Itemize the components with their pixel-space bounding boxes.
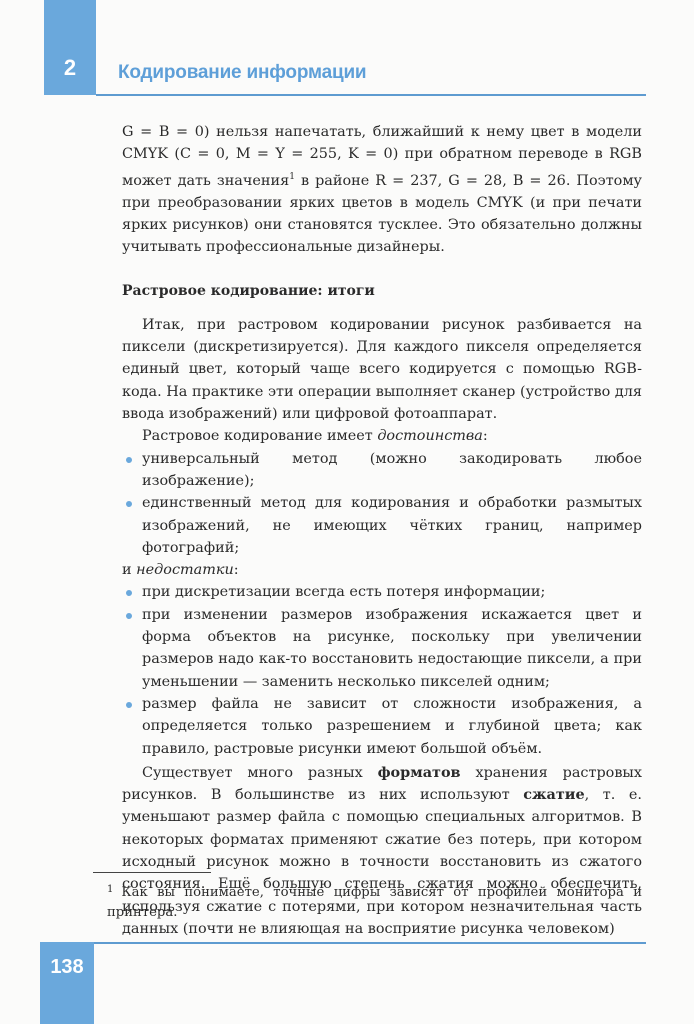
list-item: при изменении размеров изображения искаж… <box>122 604 642 693</box>
list-item: при дискретизации всегда есть потеря инф… <box>122 581 642 603</box>
list-item-text: при изменении размеров изображения искаж… <box>142 607 642 690</box>
term-compression: сжатие <box>523 786 584 803</box>
footnote: 1Как вы понимаете, точные цифры зависят … <box>107 883 642 922</box>
bullet-icon <box>126 501 132 507</box>
list-item-text: единственный метод для кодирования и обр… <box>142 495 642 556</box>
disadvantages-list: при дискретизации всегда есть потеря инф… <box>122 581 642 759</box>
list-item: единственный метод для кодирования и обр… <box>122 492 642 559</box>
list-item: универсальный метод (можно закодировать … <box>122 448 642 493</box>
footnote-marker: 1 <box>107 884 113 895</box>
summary-paragraph: Итак, при растровом кодировании рисунок … <box>122 314 642 425</box>
formats-text: Существует много разных <box>142 765 378 781</box>
footnote-text: Как вы понимаете, точные цифры зависят о… <box>107 885 642 920</box>
advantages-word: достоинства <box>377 428 483 444</box>
disadvantages-word: недостатки <box>136 562 234 578</box>
intro-paragraph: G = B = 0) нельзя напечатать, ближайший … <box>122 121 642 259</box>
bullet-icon <box>126 613 132 619</box>
page-content: G = B = 0) нельзя напечатать, ближайший … <box>122 121 642 940</box>
page-number: 138 <box>40 956 94 979</box>
list-item-text: при дискретизации всегда есть потеря инф… <box>142 584 545 600</box>
section-heading: Растровое кодирование: итоги <box>122 280 642 302</box>
bullet-icon <box>126 590 132 596</box>
term-formats: форматов <box>378 764 461 781</box>
colon: : <box>234 562 239 578</box>
list-item-text: размер файла не зависит от сложности изо… <box>142 696 642 757</box>
colon: : <box>483 428 488 444</box>
advantages-list: универсальный метод (можно закодировать … <box>122 448 642 559</box>
page-number-tab: 138 <box>40 942 94 1024</box>
advantages-intro-text: Растровое кодирование имеет <box>142 428 377 444</box>
chapter-tab: 2 <box>44 0 96 95</box>
header-divider <box>96 94 646 96</box>
footer-divider <box>94 942 646 944</box>
chapter-title: Кодирование информации <box>118 62 366 84</box>
chapter-number: 2 <box>44 55 96 81</box>
disadvantages-intro-text: и <box>122 562 136 578</box>
advantages-intro: Растровое кодирование имеет достоинства: <box>122 425 642 447</box>
bullet-icon <box>126 702 132 708</box>
bullet-icon <box>126 457 132 463</box>
list-item-text: универсальный метод (можно закодировать … <box>142 451 642 489</box>
list-item: размер файла не зависит от сложности изо… <box>122 693 642 760</box>
footnote-divider <box>93 872 211 873</box>
disadvantages-intro: и недостатки: <box>122 559 642 581</box>
